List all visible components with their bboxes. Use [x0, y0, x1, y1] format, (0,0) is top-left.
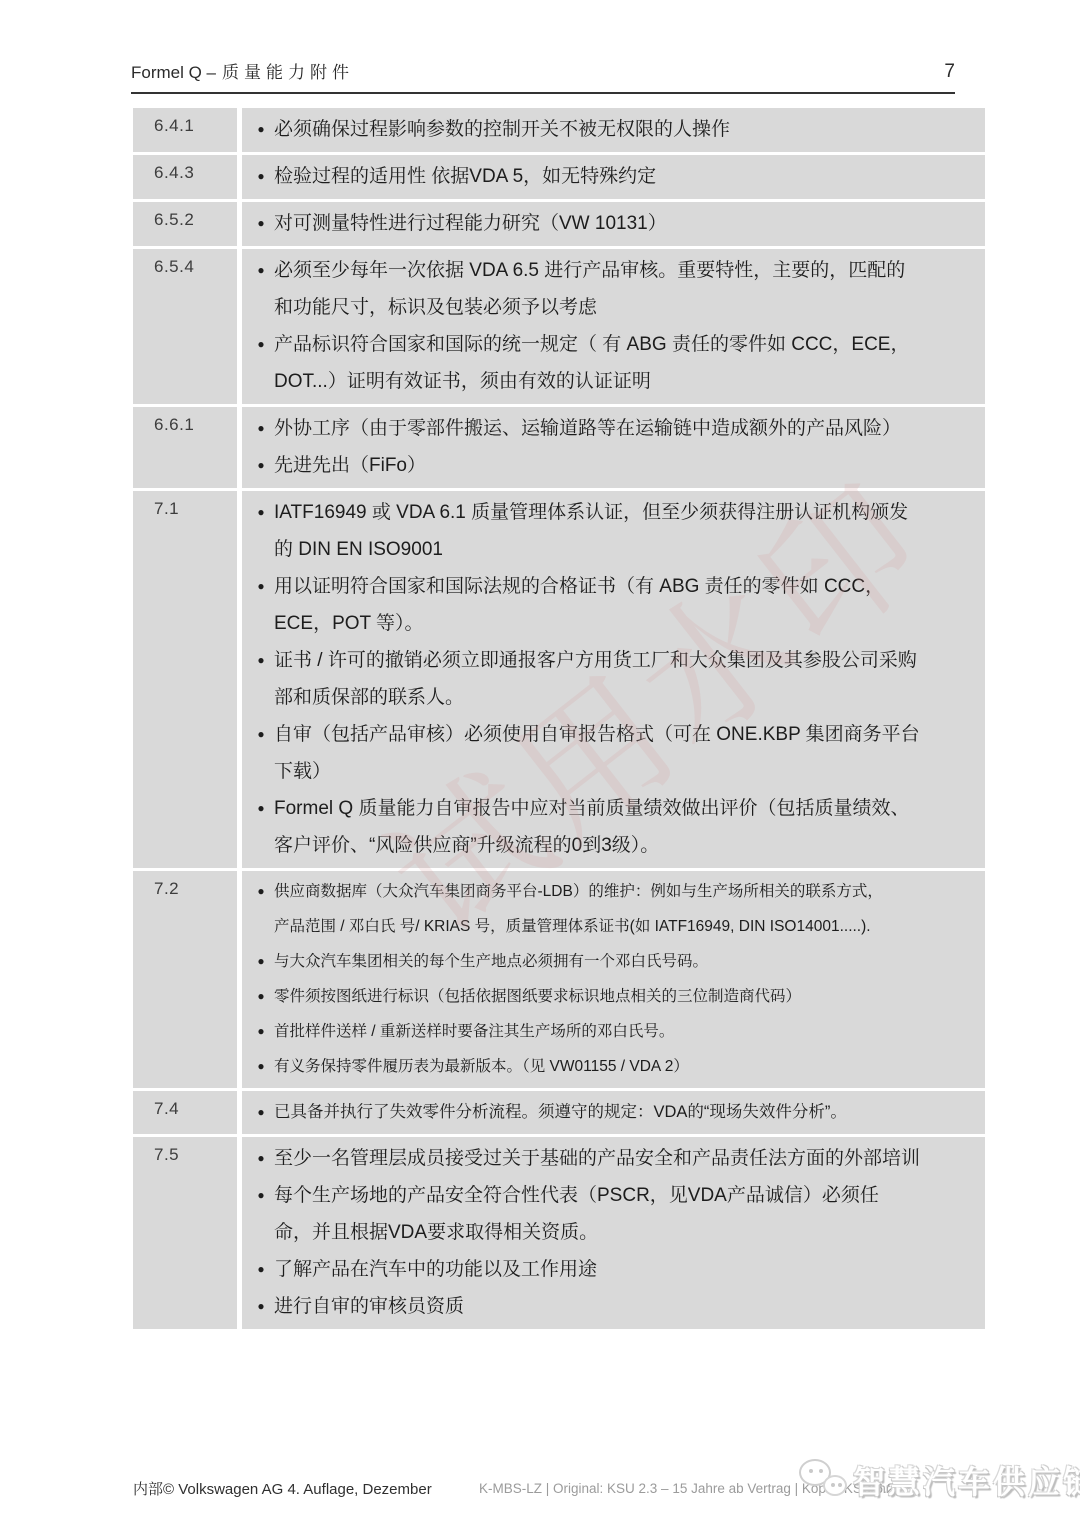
bullet-item: ●首批样件送样 / 重新送样时要备注其生产场所的邓白氏号。: [248, 1014, 963, 1049]
requirement-cell: ●必须至少每年一次依据 VDA 6.5 进行产品审核。重要特性，主要的，匹配的 …: [242, 249, 985, 404]
bullet-icon: ●: [248, 568, 274, 605]
page-header: Formel Q –质量能力附件 7: [131, 58, 955, 94]
requirement-cell: ●必须确保过程影响参数的控制开关不被无权限的人操作: [242, 108, 985, 152]
bullet-text: 首批样件送样 / 重新送样时要备注其生产场所的邓白氏号。: [274, 1014, 963, 1049]
requirement-cell: ●已具备并执行了失效零件分析流程。须遵守的规定：VDA的“现场失效件分析”。: [242, 1091, 985, 1134]
bullet-item: ●产品标识符合国家和国际的统一规定（ 有 ABG 责任的零件如 CCC，ECE，…: [248, 326, 963, 400]
bullet-text: 产品标识符合国家和国际的统一规定（ 有 ABG 责任的零件如 CCC，ECE， …: [274, 326, 963, 400]
table-row: 6.4.3●检验过程的适用性 依据VDA 5，如无特殊约定: [133, 155, 985, 199]
bullet-icon: ●: [248, 874, 274, 909]
bullet-icon: ●: [248, 111, 274, 148]
table-row: 6.5.2●对可测量特性进行过程能力研究（VW 10131）: [133, 202, 985, 246]
requirement-cell: ●外协工序（由于零部件搬运、运输道路等在运输链中造成额外的产品风险）●先进先出（…: [242, 407, 985, 488]
bullet-icon: ●: [248, 716, 274, 753]
bullet-icon: ●: [248, 158, 274, 195]
bullet-item: ●供应商数据库（大众汽车集团商务平台-LDB）的维护：例如与生产场所相关的联系方…: [248, 874, 963, 944]
requirement-cell: ●对可测量特性进行过程能力研究（VW 10131）: [242, 202, 985, 246]
bullet-icon: ●: [248, 1014, 274, 1049]
bullet-item: ●了解产品在汽车中的功能以及工作用途: [248, 1251, 963, 1288]
chat-bubble-small-icon: [823, 1475, 847, 1496]
requirement-cell: ●供应商数据库（大众汽车集团商务平台-LDB）的维护：例如与生产场所相关的联系方…: [242, 871, 985, 1088]
bullet-text: 检验过程的适用性 依据VDA 5，如无特殊约定: [274, 158, 963, 195]
requirements-table: 6.4.1●必须确保过程影响参数的控制开关不被无权限的人操作6.4.3●检验过程…: [133, 108, 985, 1332]
bullet-icon: ●: [248, 1177, 274, 1214]
bullet-item: ●有义务保持零件履历表为最新版本。（见 VW01155 / VDA 2）: [248, 1049, 963, 1084]
bullet-text: 已具备并执行了失效零件分析流程。须遵守的规定：VDA的“现场失效件分析”。: [274, 1094, 963, 1130]
requirement-cell: ●至少一名管理层成员接受过关于基础的产品安全和产品责任法方面的外部培训●每个生产…: [242, 1137, 985, 1329]
section-number: 7.2: [133, 871, 237, 1088]
header-title-latin: Formel Q –: [131, 63, 216, 82]
section-number: 7.1: [133, 491, 237, 868]
bullet-text: Formel Q 质量能力自审报告中应对当前质量绩效做出评价（包括质量绩效、 客…: [274, 790, 963, 864]
bullet-item: ●证书 / 许可的撤销必须立即通报客户方用货工厂和大众集团及其参股公司采购 部和…: [248, 642, 963, 716]
brand-name: 智慧汽车供应链: [853, 1457, 1080, 1503]
bullet-text: 供应商数据库（大众汽车集团商务平台-LDB）的维护：例如与生产场所相关的联系方式…: [274, 874, 963, 944]
bullet-text: 证书 / 许可的撤销必须立即通报客户方用货工厂和大众集团及其参股公司采购 部和质…: [274, 642, 963, 716]
bullet-icon: ●: [248, 252, 274, 289]
bullet-text: 每个生产场地的产品安全符合性代表（PSCR，见VDA产品诚信）必须任 命，并且根…: [274, 1177, 963, 1251]
requirement-cell: ●检验过程的适用性 依据VDA 5，如无特殊约定: [242, 155, 985, 199]
header-title: Formel Q –质量能力附件: [131, 58, 354, 83]
bullet-text: 用以证明符合国家和国际法规的合格证书（有 ABG 责任的零件如 CCC， ECE…: [274, 568, 963, 642]
bullet-text: 对可测量特性进行过程能力研究（VW 10131）: [274, 205, 963, 242]
bullet-icon: ●: [248, 1251, 274, 1288]
table-row: 7.2●供应商数据库（大众汽车集团商务平台-LDB）的维护：例如与生产场所相关的…: [133, 871, 985, 1088]
bullet-text: 外协工序（由于零部件搬运、运输道路等在运输链中造成额外的产品风险）: [274, 410, 963, 447]
section-number: 6.4.1: [133, 108, 237, 152]
section-number: 7.5: [133, 1137, 237, 1329]
header-title-chinese: 质量能力附件: [222, 63, 354, 82]
bullet-item: ●自审（包括产品审核）必须使用自审报告格式（可在 ONE.KBP 集团商务平台 …: [248, 716, 963, 790]
table-row: 6.4.1●必须确保过程影响参数的控制开关不被无权限的人操作: [133, 108, 985, 152]
bullet-item: ●用以证明符合国家和国际法规的合格证书（有 ABG 责任的零件如 CCC， EC…: [248, 568, 963, 642]
bullet-text: 与大众汽车集团相关的每个生产地点必须拥有一个邓白氏号码。: [274, 944, 963, 979]
table-row: 6.6.1●外协工序（由于零部件搬运、运输道路等在运输链中造成额外的产品风险）●…: [133, 407, 985, 488]
bullet-item: ●与大众汽车集团相关的每个生产地点必须拥有一个邓白氏号码。: [248, 944, 963, 979]
bullet-item: ●先进先出（FiFo）: [248, 447, 963, 484]
bullet-icon: ●: [248, 1140, 274, 1177]
document-page: Formel Q –质量能力附件 7 试用水印 6.4.1●必须确保过程影响参数…: [0, 0, 1080, 1527]
table-row: 7.1●IATF16949 或 VDA 6.1 质量管理体系认证，但至少须获得注…: [133, 491, 985, 868]
bullet-text: 先进先出（FiFo）: [274, 447, 963, 484]
bullet-text: 零件须按图纸进行标识（包括依据图纸要求标识地点相关的三位制造商代码）: [274, 979, 963, 1014]
requirement-cell: ●IATF16949 或 VDA 6.1 质量管理体系认证，但至少须获得注册认证…: [242, 491, 985, 868]
section-number: 7.4: [133, 1091, 237, 1134]
bullet-item: ●进行自审的审核员资质: [248, 1288, 963, 1325]
bullet-item: ●每个生产场地的产品安全符合性代表（PSCR，见VDA产品诚信）必须任 命，并且…: [248, 1177, 963, 1251]
page-number: 7: [944, 61, 955, 83]
bullet-icon: ●: [248, 979, 274, 1014]
bullet-item: ●IATF16949 或 VDA 6.1 质量管理体系认证，但至少须获得注册认证…: [248, 494, 963, 568]
table-row: 7.5●至少一名管理层成员接受过关于基础的产品安全和产品责任法方面的外部培训●每…: [133, 1137, 985, 1329]
bullet-text: 自审（包括产品审核）必须使用自审报告格式（可在 ONE.KBP 集团商务平台 下…: [274, 716, 963, 790]
bullet-icon: ●: [248, 790, 274, 827]
bullet-item: ●对可测量特性进行过程能力研究（VW 10131）: [248, 205, 963, 242]
bullet-item: ●必须确保过程影响参数的控制开关不被无权限的人操作: [248, 111, 963, 148]
bullet-item: ●外协工序（由于零部件搬运、运输道路等在运输链中造成额外的产品风险）: [248, 410, 963, 447]
footer-copyright: 内部© Volkswagen AG 4. Auflage, Dezember: [133, 1478, 432, 1499]
brand-watermark: 智慧汽车供应链: [797, 1455, 1080, 1505]
section-number: 6.5.4: [133, 249, 237, 404]
bullet-text: 必须确保过程影响参数的控制开关不被无权限的人操作: [274, 111, 963, 148]
bullet-text: 进行自审的审核员资质: [274, 1288, 963, 1325]
bullet-text: 有义务保持零件履历表为最新版本。（见 VW01155 / VDA 2）: [274, 1049, 963, 1084]
bullet-item: ●必须至少每年一次依据 VDA 6.5 进行产品审核。重要特性，主要的，匹配的 …: [248, 252, 963, 326]
section-number: 6.6.1: [133, 407, 237, 488]
bullet-icon: ●: [248, 326, 274, 363]
table-row: 7.4●已具备并执行了失效零件分析流程。须遵守的规定：VDA的“现场失效件分析”…: [133, 1091, 985, 1134]
bullet-item: ●已具备并执行了失效零件分析流程。须遵守的规定：VDA的“现场失效件分析”。: [248, 1094, 963, 1130]
bullet-text: IATF16949 或 VDA 6.1 质量管理体系认证，但至少须获得注册认证机…: [274, 494, 963, 568]
bullet-icon: ●: [248, 494, 274, 531]
bullet-icon: ●: [248, 205, 274, 242]
bullet-icon: ●: [248, 410, 274, 447]
bullet-icon: ●: [248, 1094, 274, 1130]
bullet-text: 必须至少每年一次依据 VDA 6.5 进行产品审核。重要特性，主要的，匹配的 和…: [274, 252, 963, 326]
bullet-icon: ●: [248, 1288, 274, 1325]
bullet-icon: ●: [248, 944, 274, 979]
table-row: 6.5.4●必须至少每年一次依据 VDA 6.5 进行产品审核。重要特性，主要的…: [133, 249, 985, 404]
bullet-item: ●检验过程的适用性 依据VDA 5，如无特殊约定: [248, 158, 963, 195]
section-number: 6.4.3: [133, 155, 237, 199]
bullet-item: ●至少一名管理层成员接受过关于基础的产品安全和产品责任法方面的外部培训: [248, 1140, 963, 1177]
bullet-text: 了解产品在汽车中的功能以及工作用途: [274, 1251, 963, 1288]
bullet-text: 至少一名管理层成员接受过关于基础的产品安全和产品责任法方面的外部培训: [274, 1140, 963, 1177]
bullet-icon: ●: [248, 642, 274, 679]
bullet-item: ●Formel Q 质量能力自审报告中应对当前质量绩效做出评价（包括质量绩效、 …: [248, 790, 963, 864]
bullet-icon: ●: [248, 447, 274, 484]
section-number: 6.5.2: [133, 202, 237, 246]
wechat-icon: [797, 1455, 853, 1505]
bullet-icon: ●: [248, 1049, 274, 1084]
bullet-item: ●零件须按图纸进行标识（包括依据图纸要求标识地点相关的三位制造商代码）: [248, 979, 963, 1014]
